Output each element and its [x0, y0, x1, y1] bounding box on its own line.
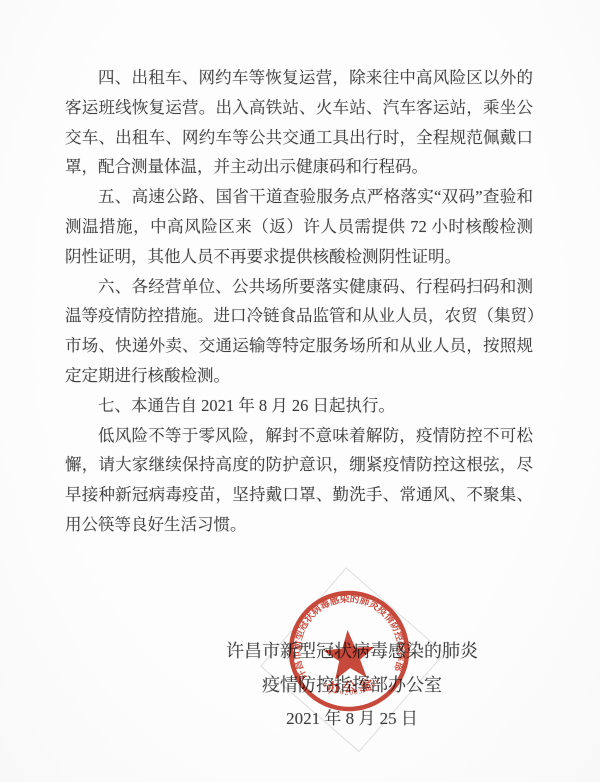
document-line: 阴性证明，其他人员不再要求提供核酸检测阴性证明。: [65, 242, 533, 272]
document-line: 低风险不等于零风险，解封不意味着解防，疫情防控不可松: [65, 421, 533, 451]
document-body: 四、出租车、网约车等恢复运营，除来往中高风险区以外的客运班线恢复运营。出入高铁站…: [65, 63, 533, 540]
document-line: 温等疫情防控措施。进口冷链食品监管和从业人员，农贸（集贸）: [65, 301, 533, 331]
document-line: 四、出租车、网约车等恢复运营，除来往中高风险区以外的: [65, 63, 533, 93]
document-line: 六、各经营单位、公共场所要落实健康码、行程码扫码和测: [65, 272, 533, 302]
seal-star-icon: [322, 628, 377, 680]
document-line: 测温措施，中高风险区来（返）许人员需提供 72 小时核酸检测: [65, 212, 533, 242]
document-page: 四、出租车、网约车等恢复运营，除来往中高风险区以外的客运班线恢复运营。出入高铁站…: [0, 0, 600, 782]
document-line: 懈，请大家继续保持高度的防护意识，绷紧疫情防控这根弦，尽: [65, 450, 533, 480]
document-line: 客运班线恢复运营。出入高铁站、火车站、汽车客运站，乘坐公: [65, 93, 533, 123]
document-line: 用公筷等良好生活习惯。: [65, 510, 533, 540]
document-line: 五、高速公路、国省干道查验服务点严格落实“双码”查验和: [65, 182, 533, 212]
document-line: 交车、出租车、网约车等公共交通工具出行时，全程规范佩戴口: [65, 123, 533, 153]
document-line: 七、本通告自 2021 年 8 月 26 日起执行。: [65, 391, 533, 421]
document-line: 早接种新冠病毒疫苗，坚持戴口罩、勤洗手、常通风、不聚集、: [65, 480, 533, 510]
document-line: 定定期进行核酸检测。: [65, 361, 533, 391]
official-seal: 许昌市新型冠状病毒感染的肺炎疫情防控指挥部 办公室 4110020036881: [240, 538, 466, 782]
document-line: 市场、快递外卖、交通运输等特定服务场所和从业人员，按照规: [65, 331, 533, 361]
document-line: 罩，配合测量体温，并主动出示健康码和行程码。: [65, 152, 533, 182]
